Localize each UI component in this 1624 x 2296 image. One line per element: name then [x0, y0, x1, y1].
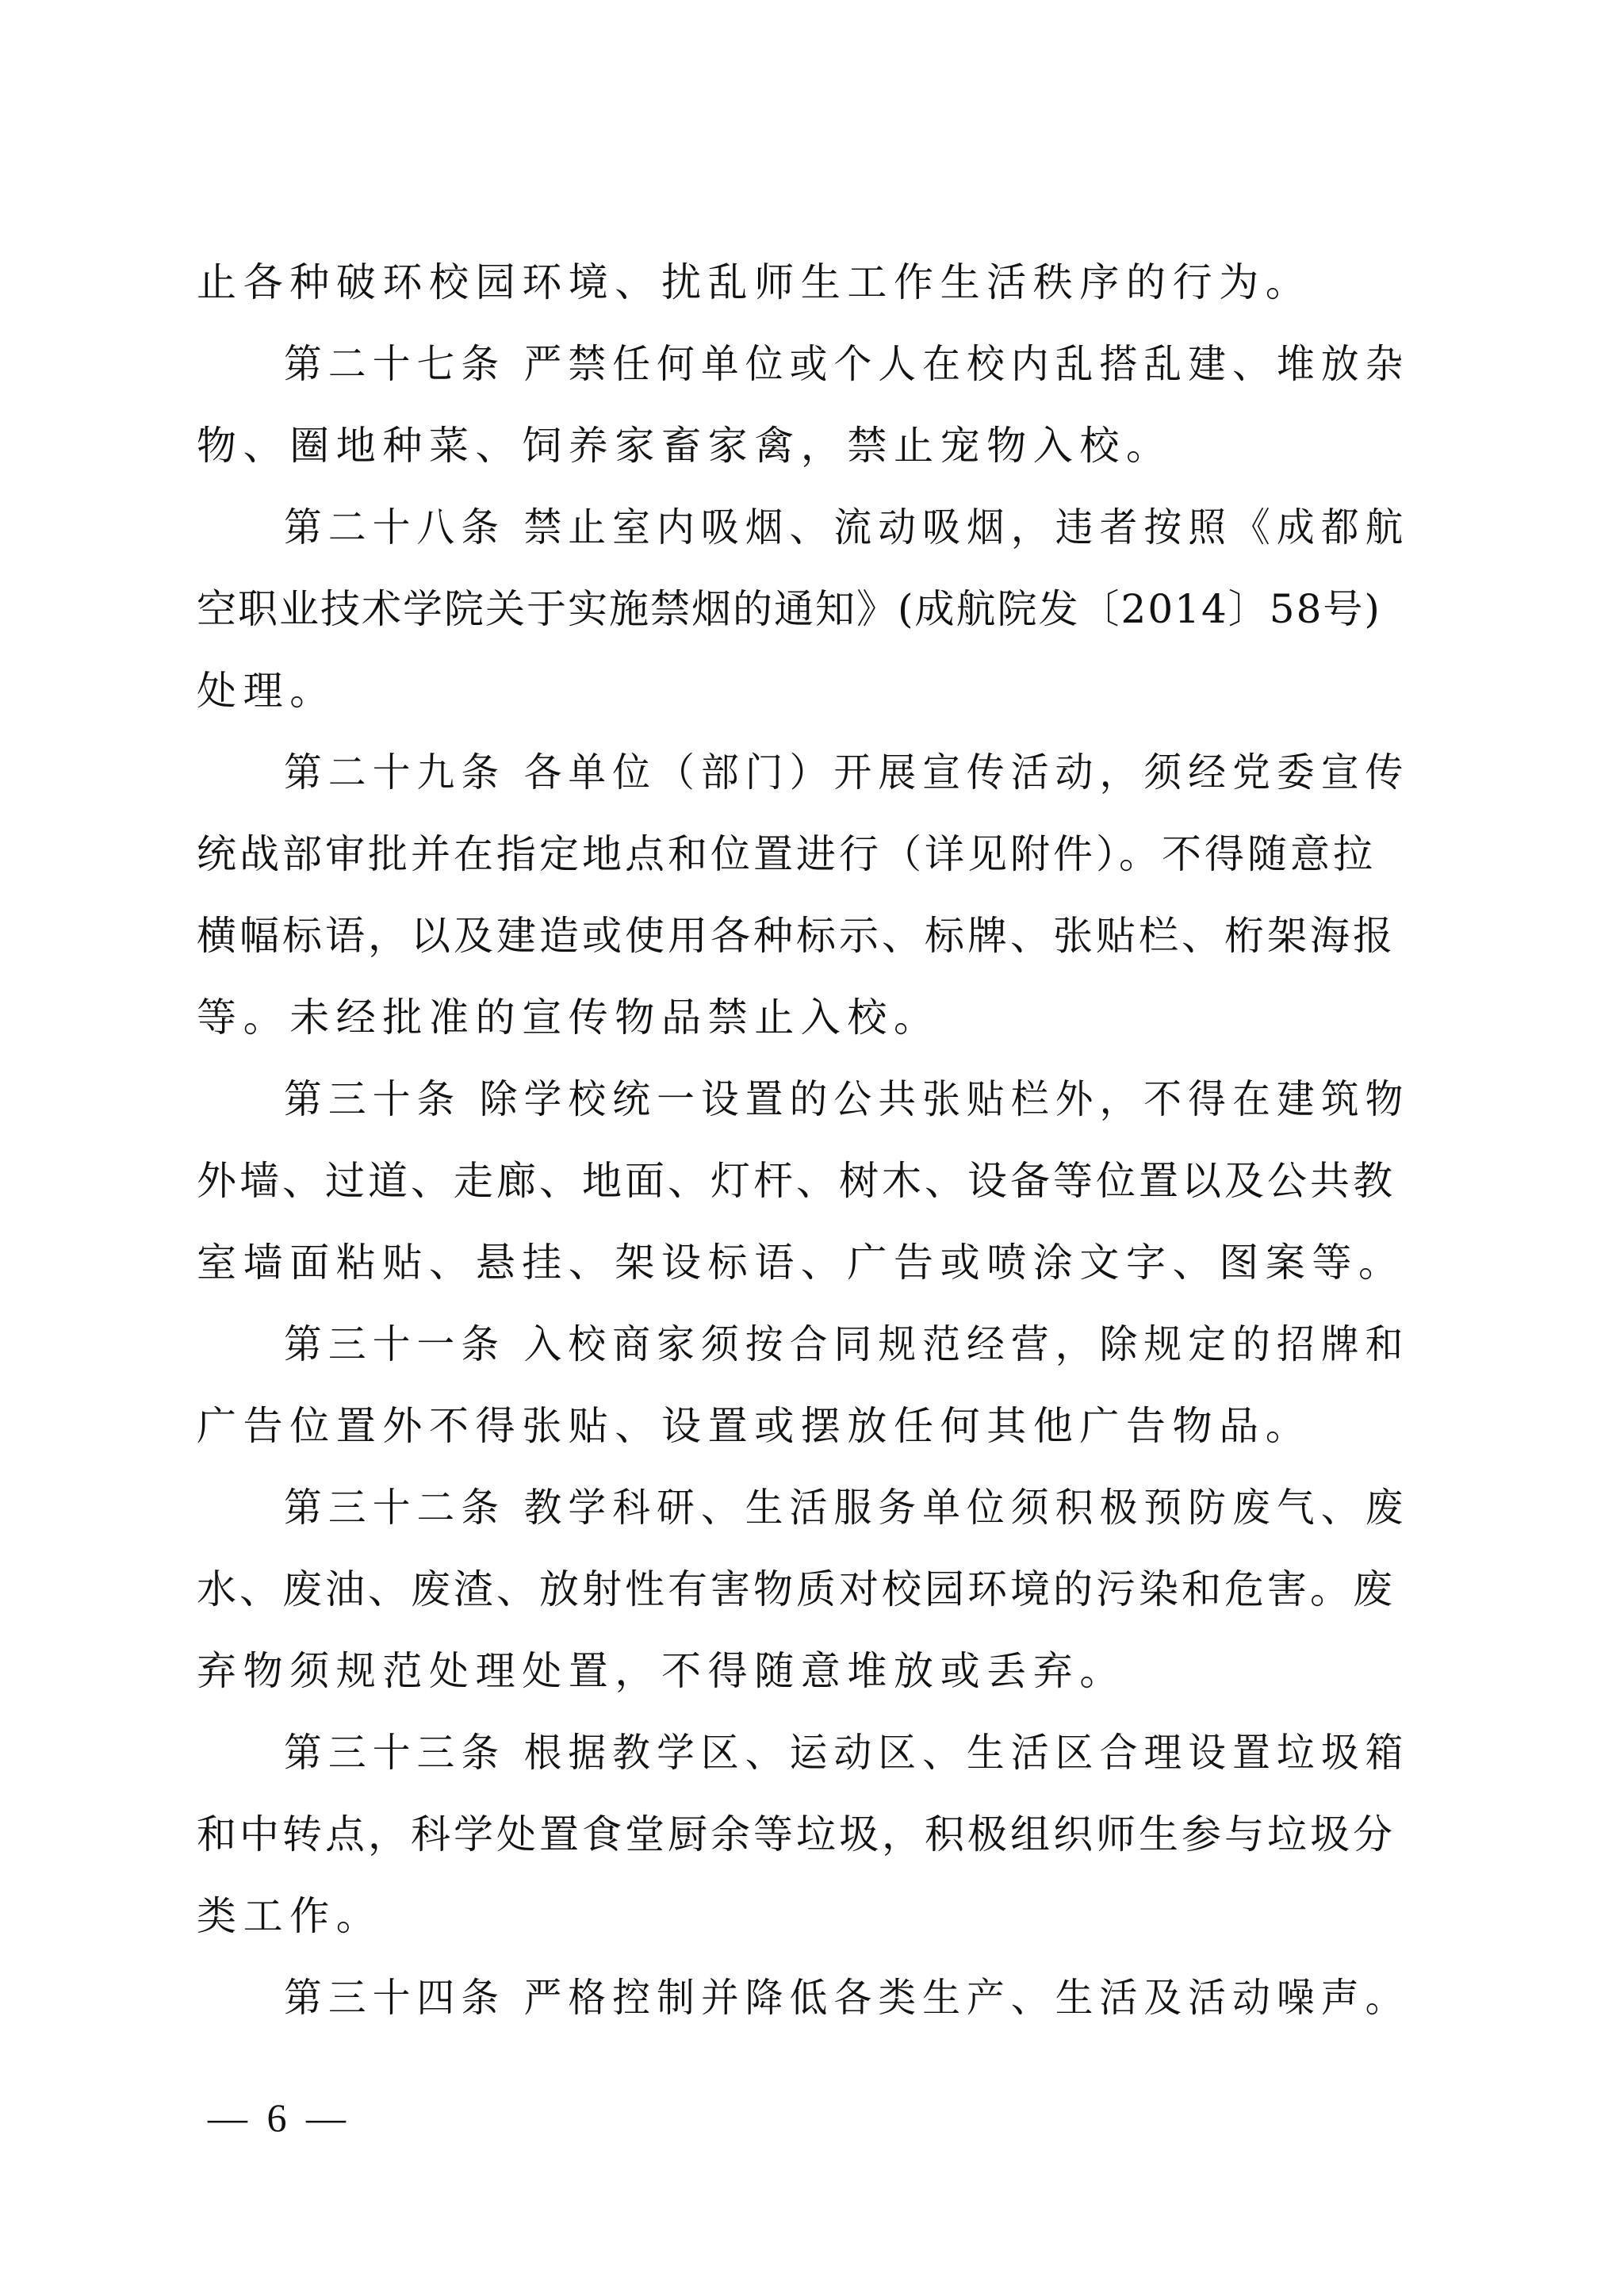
- text-line: 空职业技术学院关于实施禁烟的通知》(成航院发〔2014〕58号): [197, 577, 1410, 641]
- article-33-line: 第三十三条 根据教学区、运动区、生活区合理设置垃圾箱: [284, 1721, 1357, 1784]
- text-line: 外墙、过道、走廊、地面、灯杆、树木、设备等位置以及公共教: [197, 1149, 1410, 1213]
- text-line: 物、圈地种菜、饲养家畜家禽，禁止宠物入校。: [197, 414, 1410, 477]
- page-number: — 6 —: [208, 2094, 350, 2141]
- text-line: 止各种破环校园环境、扰乱师生工作生活秩序的行为。: [197, 251, 1410, 314]
- text-line: 统战部审批并在指定地点和位置进行（详见附件）。不得随意拉: [197, 822, 1410, 886]
- article-28-line: 第二十八条 禁止室内吸烟、流动吸烟，违者按照《成都航: [284, 496, 1357, 559]
- document-page: 止各种破环校园环境、扰乱师生工作生活秩序的行为。 第二十七条 严禁任何单位或个人…: [0, 0, 1624, 2296]
- article-34-line: 第三十四条 严格控制并降低各类生产、生活及活动噪声。: [284, 1966, 1357, 2030]
- text-line: 处理。: [197, 659, 1410, 723]
- text-line: 横幅标语，以及建造或使用各种标示、标牌、张贴栏、桁架海报: [197, 904, 1410, 968]
- article-27-line: 第二十七条 严禁任何单位或个人在校内乱搭乱建、堆放杂: [284, 332, 1357, 396]
- text-line: 弃物须规范处理处置，不得随意堆放或丢弃。: [197, 1639, 1410, 1703]
- text-line: 广告位置外不得张贴、设置或摆放任何其他广告物品。: [197, 1394, 1410, 1458]
- article-32-line: 第三十二条 教学科研、生活服务单位须积极预防废气、废: [284, 1476, 1357, 1539]
- text-line: 类工作。: [197, 1884, 1410, 1948]
- article-30-line: 第三十条 除学校统一设置的公共张贴栏外，不得在建筑物: [284, 1068, 1357, 1131]
- text-line: 室墙面粘贴、悬挂、架设标语、广告或喷涂文字、图案等。: [197, 1231, 1410, 1294]
- article-31-line: 第三十一条 入校商家须按合同规范经营，除规定的招牌和: [284, 1313, 1357, 1376]
- text-line: 和中转点，科学处置食堂厨余等垃圾，积极组织师生参与垃圾分: [197, 1803, 1410, 1866]
- text-line: 水、废油、废渣、放射性有害物质对校园环境的污染和危害。废: [197, 1558, 1410, 1621]
- article-29-line: 第二十九条 各单位（部门）开展宣传活动，须经党委宣传: [284, 741, 1357, 804]
- text-line: 等。未经批准的宣传物品禁止入校。: [197, 986, 1410, 1049]
